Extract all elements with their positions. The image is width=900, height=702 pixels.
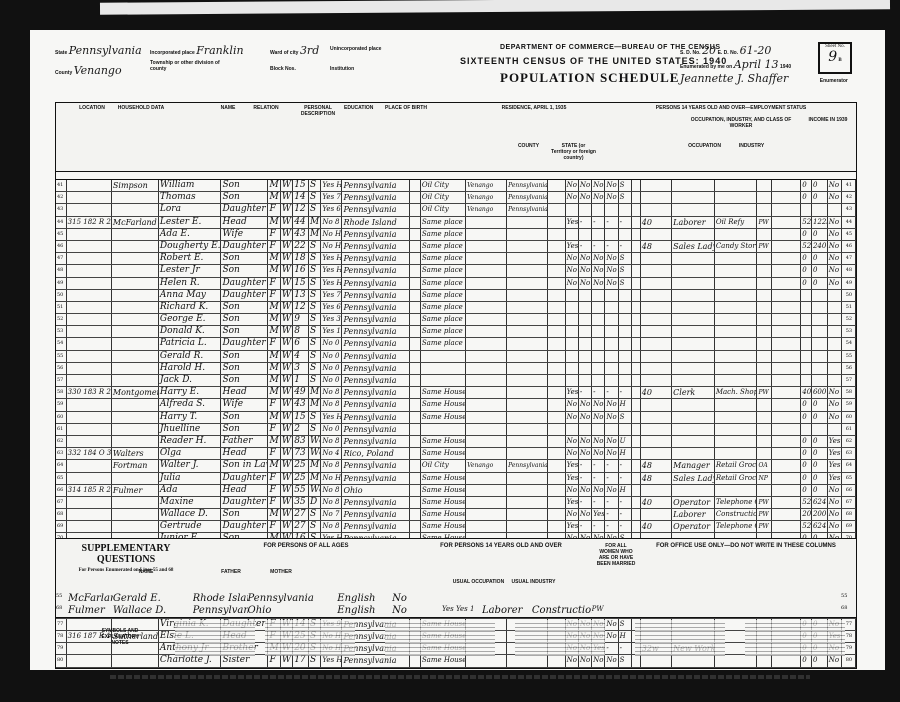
relation: Son [221, 302, 268, 313]
occupation [672, 363, 715, 374]
given-name: Ada E. [159, 229, 222, 240]
weeks-worked [801, 375, 812, 386]
residence-state: Pennsylvania [507, 180, 548, 191]
household-location [67, 302, 112, 313]
citizenship [410, 473, 421, 484]
wage-income: 0 [812, 473, 828, 484]
weeks-worked: 52 [801, 521, 812, 532]
office-codes [772, 314, 802, 325]
industry: Retail Grocery Store [715, 473, 758, 484]
office-codes [772, 497, 802, 508]
table-row: 68Wallace D.SonMW27SNo 7PennsylvaniaSame… [56, 509, 856, 521]
class-of-worker [757, 278, 771, 289]
residence-state [507, 217, 548, 228]
household-location [67, 497, 112, 508]
industry [715, 314, 758, 325]
office-codes [772, 278, 802, 289]
supp-usual-occupation: Laborer [482, 605, 532, 617]
class-of-worker: PW [757, 497, 771, 508]
blank [632, 436, 641, 447]
office-codes [772, 229, 802, 240]
weeks-worked [801, 351, 812, 362]
class-of-worker [757, 363, 771, 374]
blank [632, 424, 641, 435]
household-location [67, 363, 112, 374]
surname: Fulmer [112, 485, 159, 496]
surname [112, 424, 159, 435]
residence-1935: Same place [421, 253, 466, 264]
residence-1935: Same place [421, 290, 466, 301]
office-code [548, 497, 566, 508]
relation: Son [221, 363, 268, 374]
occupation [672, 204, 715, 215]
residence-county [466, 314, 507, 325]
class-of-worker [757, 229, 771, 240]
relation: Daughter [221, 241, 268, 252]
residence-1935: Same House [421, 436, 466, 447]
weeks-worked: 0 [801, 253, 812, 264]
surname [112, 314, 159, 325]
given-name: Lester E. [159, 217, 222, 228]
occupation: Clerk [672, 387, 715, 398]
enumerated-label: Enumerated by me on [680, 64, 732, 70]
age: 49 [293, 387, 309, 398]
marital-status: S [309, 192, 321, 203]
note-block [385, 620, 495, 656]
marital-status: S [309, 521, 321, 532]
line-number-right: 54 [842, 338, 856, 349]
industry [715, 326, 758, 337]
office-code [548, 351, 566, 362]
header-occupation: OCCUPATION [681, 143, 728, 149]
marital-status: S [309, 278, 321, 289]
line-number-right: 69 [842, 521, 856, 532]
table-row: 49Helen R.DaughterFW15SYes H-1Pennsylvan… [56, 278, 856, 290]
occupation [672, 436, 715, 447]
line-number: 43 [56, 204, 67, 215]
employment-status: No [566, 448, 579, 459]
industry [715, 485, 758, 496]
citizenship [410, 192, 421, 203]
employment-status: - [605, 497, 618, 508]
line-number-right: 46 [842, 241, 856, 252]
wage-income: 0 [812, 460, 828, 471]
employment-status: S [619, 412, 632, 423]
industry: Candy Store [715, 241, 758, 252]
given-name: Lora [159, 204, 222, 215]
employment-status: No [592, 399, 605, 410]
residence-state [507, 375, 548, 386]
industry [715, 448, 758, 459]
class-of-worker [757, 302, 771, 313]
residence-1935: Same place [421, 278, 466, 289]
weeks-worked: 0 [801, 460, 812, 471]
school-grade: No 0 [321, 375, 342, 386]
age: 18 [293, 253, 309, 264]
class-of-worker: PW [757, 241, 771, 252]
line-number: 58 [56, 387, 67, 398]
sd-label: S. D. No. [680, 50, 701, 56]
occupation [672, 399, 715, 410]
table-row: 48Lester JrSonMW16SYes H-1PennsylvaniaSa… [56, 265, 856, 277]
header-industry: INDUSTRY [728, 143, 775, 149]
line-number-right: 57 [842, 375, 856, 386]
residence-state [507, 278, 548, 289]
race: W [281, 338, 293, 349]
blank [632, 302, 641, 313]
office-code [548, 399, 566, 410]
office-codes [772, 253, 802, 264]
other-income [828, 424, 842, 435]
given-name: Ada [159, 485, 222, 496]
industry: Oil Refy [715, 217, 758, 228]
other-income: No [828, 521, 842, 532]
school-grade: Yes 1 [321, 326, 342, 337]
employment-status: Yes [592, 509, 605, 520]
blank [632, 338, 641, 349]
line-number-right: 56 [842, 363, 856, 374]
household-location [67, 375, 112, 386]
other-income: Yes [828, 460, 842, 471]
state-field: State Pennsylvania [55, 44, 142, 57]
age: 14 [293, 192, 309, 203]
employment-status: - [605, 460, 618, 471]
employment-status: - [579, 473, 592, 484]
employment-status [605, 424, 618, 435]
marital-status: M [309, 387, 321, 398]
employment-status [566, 326, 579, 337]
sex: F [268, 448, 280, 459]
employment-status: - [605, 509, 618, 520]
weeks-worked: 0 [801, 265, 812, 276]
table-row: 57Jack D.SonMW1SNo 0Pennsylvania57 [56, 375, 856, 387]
employment-status: No [566, 278, 579, 289]
employment-status: No [566, 192, 579, 203]
age: 27 [293, 521, 309, 532]
office-codes [772, 338, 802, 349]
school-grade: No 8 [321, 521, 342, 532]
employment-status: No [605, 265, 618, 276]
marital-status: S [309, 326, 321, 337]
employment-status: No [605, 278, 618, 289]
race: W [281, 192, 293, 203]
age: 13 [293, 290, 309, 301]
township-label: Township or other division of county [150, 60, 220, 72]
supp-given-name: Gerald E. [113, 593, 193, 605]
other-income [828, 363, 842, 374]
wage-income [812, 302, 828, 313]
unincorporated-field: Unincorporated place [330, 46, 381, 52]
residence-county [466, 326, 507, 337]
residence-1935: Same House [421, 509, 466, 520]
ward-field: Ward of city 3rd [270, 44, 319, 57]
blank [632, 180, 641, 191]
birthplace: Pennsylvania [342, 351, 410, 362]
office-codes [772, 241, 802, 252]
line-number: 55 [56, 351, 67, 362]
residence-state [507, 412, 548, 423]
block-label: Block Nos. [270, 66, 296, 72]
supp-social-security: Yes Yes 1 [442, 605, 482, 617]
surname [112, 412, 159, 423]
blank [632, 521, 641, 532]
office-codes [772, 363, 802, 374]
hours-worked [641, 485, 672, 496]
school-grade: Yes 7 [321, 290, 342, 301]
marital-status: M [309, 399, 321, 410]
race: W [281, 265, 293, 276]
line-number: 49 [56, 278, 67, 289]
wage-income: 200 [812, 509, 828, 520]
residence-1935: Same place [421, 229, 466, 240]
supp-usual-industry [532, 593, 592, 605]
marital-status: S [309, 265, 321, 276]
employment-status [579, 338, 592, 349]
sex: F [268, 497, 280, 508]
table-row: 69GertrudeDaughterFW27SNo 8PennsylvaniaS… [56, 521, 856, 533]
other-income: Yes [828, 473, 842, 484]
hours-worked [641, 192, 672, 203]
supp-over14-header: FOR PERSONS 14 YEARS OLD AND OVER [416, 543, 586, 549]
office-codes [772, 473, 802, 484]
line-number: 69 [56, 521, 67, 532]
header-education: EDUCATION [344, 105, 366, 111]
hours-worked: 48 [641, 460, 672, 471]
employment-status: H [619, 448, 632, 459]
surname: Montgomery [112, 387, 159, 398]
birthplace: Pennsylvania [342, 253, 410, 264]
weeks-worked: 20 [801, 509, 812, 520]
wage-income: 600 [812, 387, 828, 398]
sex: M [268, 436, 280, 447]
office-codes [772, 326, 802, 337]
hours-worked [641, 338, 672, 349]
employment-status: - [592, 521, 605, 532]
line-number-right: 53 [842, 326, 856, 337]
citizenship [410, 302, 421, 313]
supplementary-row: 55 McFarland Gerald E. Rhode Island Penn… [56, 593, 856, 605]
line-number-right: 68 [842, 509, 856, 520]
line-number: 50 [56, 290, 67, 301]
sex: M [268, 217, 280, 228]
residence-county [466, 265, 507, 276]
surname [112, 229, 159, 240]
table-row: 62Reader H.FatherMW83WdNo 8PennsylvaniaS… [56, 436, 856, 448]
residence-state [507, 338, 548, 349]
line-number: 46 [56, 241, 67, 252]
given-name: Helen R. [159, 278, 222, 289]
line-number: 44 [56, 217, 67, 228]
employment-status: S [619, 265, 632, 276]
line-number: 47 [56, 253, 67, 264]
marital-status: S [309, 204, 321, 215]
table-row: 44315 182 R 22.00 NoMcFarlandLester E.He… [56, 217, 856, 229]
other-income [828, 302, 842, 313]
school-grade: Yes H-1 [321, 278, 342, 289]
relation: Son [221, 326, 268, 337]
header-birthplace: PLACE OF BIRTH [368, 105, 444, 111]
incorporated-place-label: Incorporated place [150, 50, 195, 56]
weeks-worked [801, 338, 812, 349]
employment-status [592, 229, 605, 240]
hours-worked [641, 229, 672, 240]
residence-state [507, 351, 548, 362]
birthplace: Pennsylvania [342, 375, 410, 386]
enumerated-date: April 13 [734, 58, 779, 71]
sex: M [268, 387, 280, 398]
residence-county: Venango [466, 460, 507, 471]
employment-status [605, 314, 618, 325]
employment-status: No [579, 436, 592, 447]
supplementary-section: SUPPLEMENTARY QUESTIONS For Persons Enum… [55, 538, 857, 618]
school-grade: Yes 6 [321, 204, 342, 215]
ward-label: Ward of city [270, 50, 298, 56]
class-of-worker [757, 180, 771, 191]
wage-income [812, 363, 828, 374]
employment-status: No [579, 448, 592, 459]
previous-page-strip [100, 0, 890, 15]
household-location [67, 412, 112, 423]
sex: M [268, 363, 280, 374]
hours-worked [641, 204, 672, 215]
occupation [672, 290, 715, 301]
household-location: 330 183 R 20.00 No [67, 387, 112, 398]
employment-status: - [619, 497, 632, 508]
employment-status [566, 375, 579, 386]
line-number: 68 [56, 509, 67, 520]
class-of-worker [757, 326, 771, 337]
supp-social-security [442, 593, 482, 605]
citizenship [410, 217, 421, 228]
occupation [672, 192, 715, 203]
class-of-worker [757, 436, 771, 447]
blank [632, 314, 641, 325]
employment-status: No [605, 399, 618, 410]
state-value: Pennsylvania [69, 44, 142, 57]
note-block [515, 620, 605, 656]
race: W [281, 302, 293, 313]
residence-county: Venango [466, 180, 507, 191]
table-row: 64FortmanWalter J.Son in LawMW25MNo 8Pen… [56, 460, 856, 472]
household-location [67, 253, 112, 264]
race: W [281, 399, 293, 410]
employment-status: - [619, 509, 632, 520]
other-income: No [828, 412, 842, 423]
table-row: 41SimpsonWilliamSonMW15SYes H-1Pennsylva… [56, 180, 856, 192]
race: W [281, 375, 293, 386]
class-of-worker [757, 351, 771, 362]
citizenship [410, 253, 421, 264]
occupation: Laborer [672, 509, 715, 520]
residence-state: Pennsylvania [507, 204, 548, 215]
citizenship [410, 351, 421, 362]
header-household: HOUSEHOLD DATA [116, 105, 166, 111]
industry [715, 412, 758, 423]
sex: M [268, 314, 280, 325]
wage-income: 0 [812, 265, 828, 276]
school-grade: Yes 6 [321, 302, 342, 313]
line-number: 66 [56, 485, 67, 496]
race: W [281, 241, 293, 252]
sex: M [268, 302, 280, 313]
line-number-right: 65 [842, 473, 856, 484]
marital-status: S [309, 253, 321, 264]
sheet-number-box: Sheet No. 9 B [818, 42, 852, 74]
wage-income: 0 [812, 278, 828, 289]
line-number-right: 49 [842, 278, 856, 289]
supp-surname: McFarland [68, 593, 113, 605]
birthplace: Pennsylvania [342, 363, 410, 374]
birthplace: Pennsylvania [342, 241, 410, 252]
residence-county [466, 241, 507, 252]
hours-worked: 40 [641, 497, 672, 508]
office-codes [772, 204, 802, 215]
line-number-right: 44 [842, 217, 856, 228]
citizenship [410, 241, 421, 252]
school-grade: No 8 [321, 497, 342, 508]
age: 6 [293, 338, 309, 349]
wage-income: 0 [812, 448, 828, 459]
sheet-number: 9 [828, 49, 837, 65]
supp-line-number-right: 55 [841, 593, 856, 605]
age: 22 [293, 241, 309, 252]
blank [632, 485, 641, 496]
line-number: 61 [56, 424, 67, 435]
table-row: 55Gerald R.SonMW4SNo 0Pennsylvania55 [56, 351, 856, 363]
school-grade: No H-2 [321, 473, 342, 484]
school-grade: Yes 3 [321, 314, 342, 325]
supp-name-header: NAME [116, 569, 176, 575]
symbols-heading: SYMBOLS AND EXPLANATORY NOTES [95, 628, 145, 646]
line-number-right: 64 [842, 460, 856, 471]
employment-status: H [619, 399, 632, 410]
employment-status: No [566, 485, 579, 496]
occupation [672, 326, 715, 337]
employment-status [619, 351, 632, 362]
employment-status [592, 290, 605, 301]
office-codes [772, 217, 802, 228]
residence-county [466, 290, 507, 301]
blank [632, 217, 641, 228]
relation: Son [221, 180, 268, 191]
household-location [67, 278, 112, 289]
relation: Father [221, 436, 268, 447]
sex: M [268, 351, 280, 362]
county-field: County Venango [55, 64, 122, 77]
relation: Son [221, 351, 268, 362]
occupation: Laborer [672, 217, 715, 228]
given-name: Gertrude [159, 521, 222, 532]
citizenship [410, 460, 421, 471]
relation: Daughter [221, 338, 268, 349]
school-grade: No 8 [321, 436, 342, 447]
employment-status [605, 351, 618, 362]
note-block [635, 620, 725, 656]
header-occupation-group: OCCUPATION, INDUSTRY, AND CLASS OF WORKE… [681, 117, 801, 129]
birthplace: Pennsylvania [342, 436, 410, 447]
other-income: Yes [828, 436, 842, 447]
race: W [281, 278, 293, 289]
line-number-right: 58 [842, 387, 856, 398]
wage-income [812, 290, 828, 301]
citizenship [410, 363, 421, 374]
employment-status: No [605, 253, 618, 264]
employment-status: No [566, 436, 579, 447]
supplementary-row: 68 Fulmer Wallace D. Pennsylvania Ohio E… [56, 605, 856, 617]
school-grade: No 0 [321, 424, 342, 435]
given-name: Jack D. [159, 375, 222, 386]
line-number-right: 42 [842, 192, 856, 203]
